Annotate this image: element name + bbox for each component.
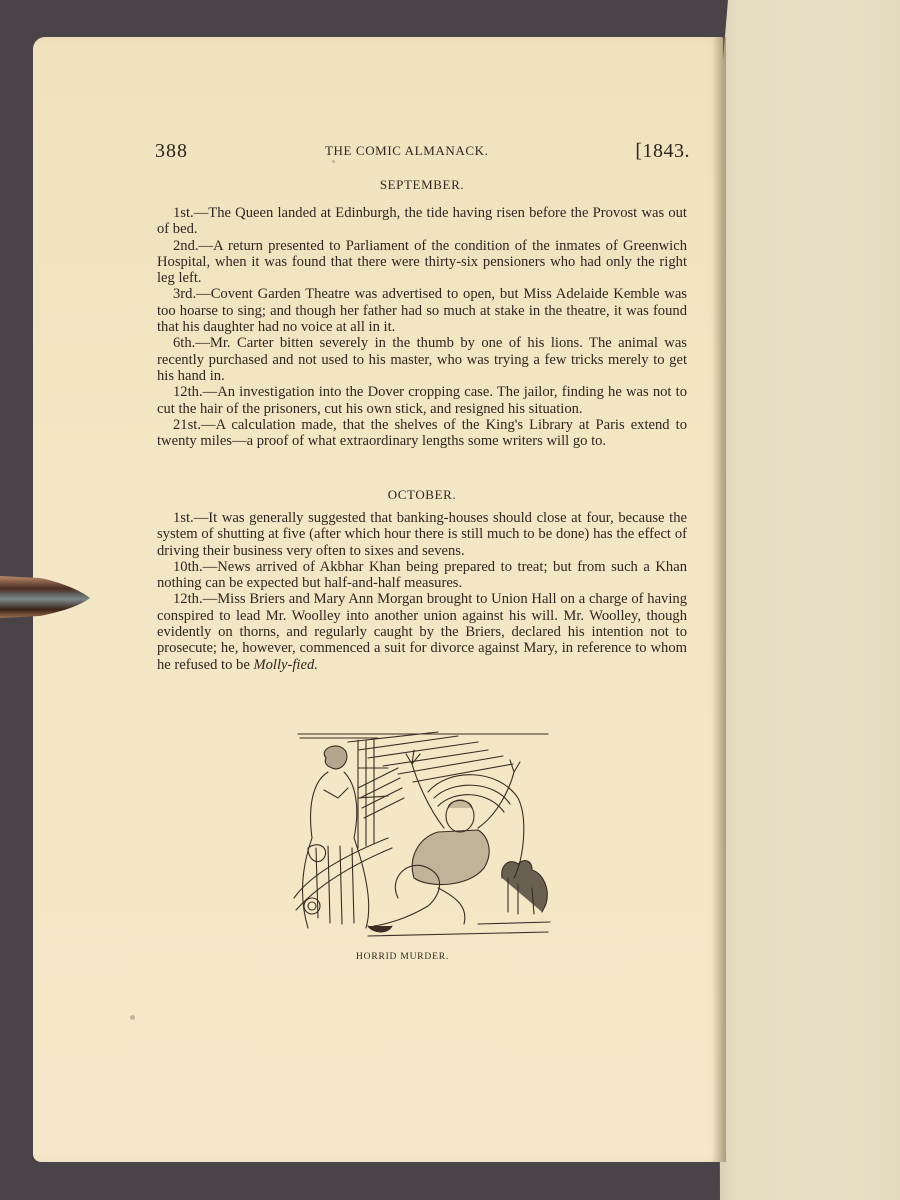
september-entries: 1st.—The Queen landed at Edinburgh, the … bbox=[157, 205, 687, 449]
page-number: 388 bbox=[155, 140, 188, 163]
entry: 1st.—It was generally suggested that ban… bbox=[157, 510, 687, 559]
facing-page bbox=[716, 0, 900, 1200]
running-title: THE COMIC ALMANACK. bbox=[325, 143, 488, 159]
page-gutter-shadow bbox=[712, 37, 726, 1162]
section-title-october: OCTOBER. bbox=[157, 487, 687, 503]
section-title-september: SEPTEMBER. bbox=[157, 177, 687, 193]
illustration-caption: HORRID MURDER. bbox=[356, 952, 449, 962]
paper-speck bbox=[332, 160, 335, 163]
year-label: [1843. bbox=[635, 140, 690, 163]
entry: 10th.—News arrived of Akbhar Khan being … bbox=[157, 559, 687, 592]
october-entries: 1st.—It was generally suggested that ban… bbox=[157, 510, 687, 673]
entry: 12th.—An investigation into the Dover cr… bbox=[157, 384, 687, 417]
page-header: 388 THE COMIC ALMANACK. [1843. bbox=[155, 140, 690, 168]
bookmark-pen-object bbox=[0, 572, 92, 620]
entry: 2nd.—A return presented to Parliament of… bbox=[157, 238, 687, 287]
entry: 3rd.—Covent Garden Theatre was advertise… bbox=[157, 286, 687, 335]
entry: 12th.—Miss Briers and Mary Ann Morgan br… bbox=[157, 591, 687, 672]
woodcut-illustration bbox=[288, 728, 556, 940]
entry: 1st.—The Queen landed at Edinburgh, the … bbox=[157, 205, 687, 238]
entry: 21st.—A calculation made, that the shelv… bbox=[157, 417, 687, 450]
paper-speck bbox=[130, 1015, 135, 1020]
entry: 6th.—Mr. Carter bitten severely in the t… bbox=[157, 335, 687, 384]
